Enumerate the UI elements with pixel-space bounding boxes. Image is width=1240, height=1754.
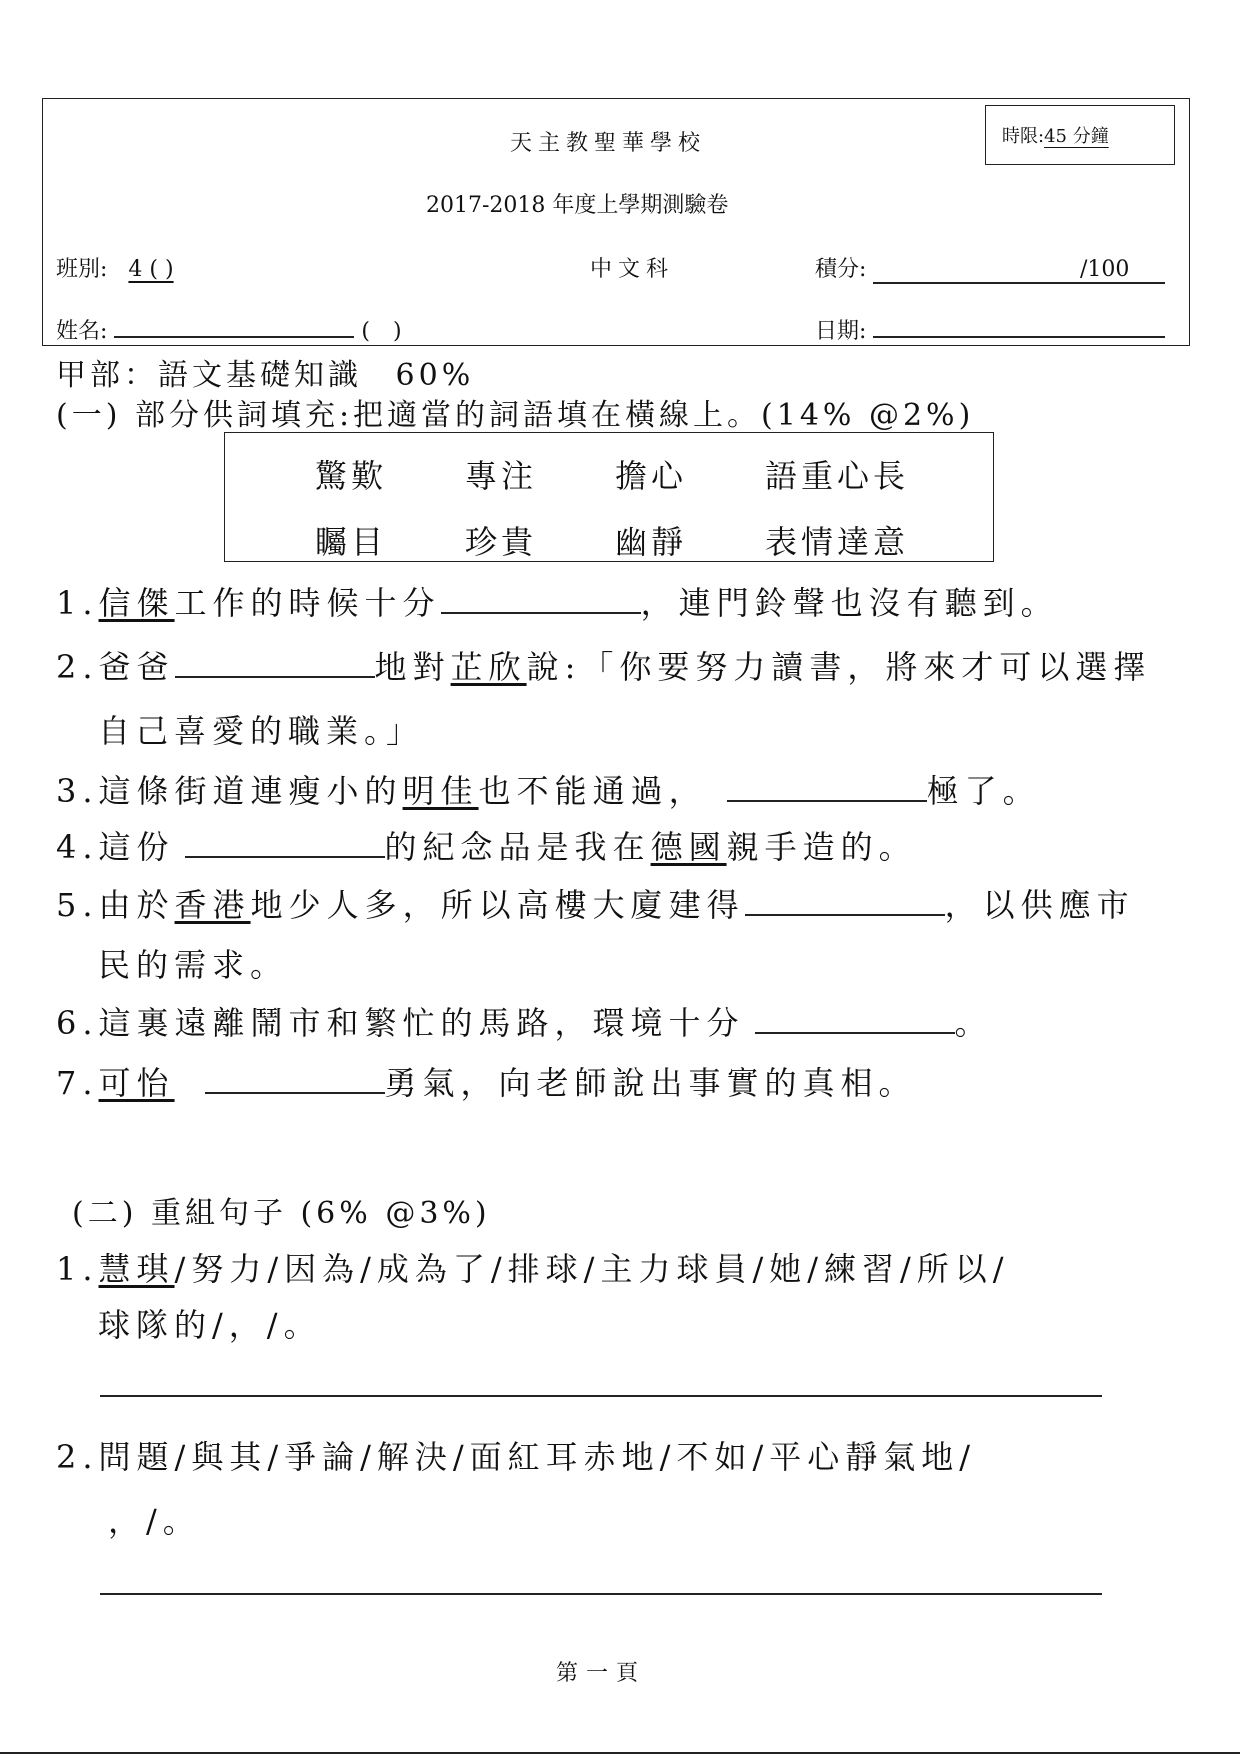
section-2-title: (二) 重組句子 (6% @3%) [72,1188,491,1232]
question-number: 5. [56,886,99,924]
score-label: 積分: [815,257,866,282]
question-text: 勇氣，向老師說出事實的真相。 [385,1064,917,1102]
time-limit-box: 時限: 45 分鐘 [985,105,1175,165]
name-label: 姓名: [56,319,107,344]
question-number: 3. [56,772,99,810]
reorder-question-2: 2.問題/與其/爭論/解決/面紅耳赤地/不如/平心靜氣地/ [56,1432,976,1478]
answer-blank[interactable] [205,1091,385,1094]
word-bank-item: 語重心長 [765,451,965,497]
proper-noun: 德國 [651,828,727,866]
part-a-title: 甲部：語文基礎知識 [56,358,362,393]
question-text: 親手造的。 [727,828,917,866]
word-bank-box: 驚歎 專注 擔心 語重心長 矚目 珍貴 幽靜 表情達意 [224,432,994,562]
part-a-weight: 60% [396,358,475,393]
name-blank[interactable] [114,335,354,338]
question-text: 爸爸 [99,648,175,686]
time-limit-value: 45 分鐘 [1044,122,1109,148]
question-text: 這份 [99,828,175,866]
question-text: 工作的時候十分 [175,584,441,622]
date-field[interactable]: 日期: [815,314,1165,345]
question-2-continued: 自己喜愛的職業。」 [98,706,424,752]
answer-blank[interactable] [727,799,927,802]
answer-line-2[interactable] [100,1593,1102,1595]
question-text: 這裏遠離鬧市和繁忙的馬路，環境十分 [99,1004,745,1042]
word-bank-item: 驚歎 [315,451,465,497]
reorder-question-2-continued: ，/。 [108,1496,201,1542]
proper-noun: 芷欣 [451,648,527,686]
question-number: 1. [56,584,99,622]
word-bank-item: 珍貴 [465,517,615,563]
proper-noun: 明佳 [403,772,479,810]
answer-blank[interactable] [175,675,375,678]
reorder-question-1: 1.慧琪/努力/因為/成為了/排球/主力球員/她/練習/所以/ [56,1244,1010,1290]
proper-noun: 信傑 [99,584,175,622]
class-value: 4 ( ) [114,257,177,282]
class-number-paren: ( ) [361,319,409,344]
score-total: /100 [873,257,1165,284]
exam-title: 2017-2018 年度上學期測驗卷 [426,188,728,219]
question-text: 問題/與其/爭論/解決/面紅耳赤地/不如/平心靜氣地/ [99,1438,976,1476]
word-bank-item: 幽靜 [615,517,765,563]
answer-blank[interactable] [745,913,945,916]
question-text: ，以供應市 [945,886,1135,924]
question-text: 也不能通過， [479,772,707,810]
answer-line-1[interactable] [100,1395,1102,1397]
question-5-continued: 民的需求。 [98,940,288,986]
reorder-question-1-continued: 球隊的/，/。 [98,1300,322,1346]
question-2: 2.爸爸地對芷欣說:「你要努力讀書，將來才可以選擇 [56,642,1151,688]
answer-blank[interactable] [441,611,641,614]
question-number: 1. [56,1250,99,1288]
date-label: 日期: [815,319,866,344]
class-label: 班別: [56,257,107,282]
word-bank-item: 專注 [465,451,615,497]
section-1-title: (一) 部分供詞填充:把適當的詞語填在橫線上。(14% @2%) [56,390,974,434]
subject-label: 中文科 [590,252,674,283]
time-limit-label: 時限: [1002,122,1044,148]
question-1: 1.信傑工作的時候十分，連門鈴聲也沒有聽到。 [56,578,1059,624]
question-text: 。 [955,1004,993,1042]
question-text: 說:「你要努力讀書，將來才可以選擇 [527,648,1152,686]
word-bank-item: 擔心 [615,451,765,497]
date-blank[interactable] [873,335,1165,338]
question-number: 2. [56,1438,99,1476]
question-5: 5.由於香港地少人多，所以高樓大廈建得，以供應市 [56,880,1135,926]
question-text: 的紀念品是我在 [385,828,651,866]
question-number: 4. [56,828,99,866]
question-text: /努力/因為/成為了/排球/主力球員/她/練習/所以/ [175,1250,1010,1288]
school-name: 天主教聖華學校 [510,126,706,157]
question-number: 7. [56,1064,99,1102]
question-3: 3.這條街道連瘦小的明佳也不能通過，極了。 [56,766,1041,812]
question-text: 地少人多，所以高樓大廈建得 [251,886,745,924]
answer-blank[interactable] [755,1031,955,1034]
page-number: 第一頁 [556,1656,646,1687]
word-bank-grid: 驚歎 專注 擔心 語重心長 矚目 珍貴 幽靜 表情達意 [315,451,965,563]
question-number: 6. [56,1004,99,1042]
question-text: ，連門鈴聲也沒有聽到。 [641,584,1059,622]
question-text: 極了。 [927,772,1041,810]
question-text: 這條街道連瘦小的 [99,772,403,810]
question-4: 4.這份的紀念品是我在德國親手造的。 [56,822,917,868]
proper-noun: 慧琪 [99,1250,175,1288]
name-field[interactable]: 姓名: ( ) [56,314,410,345]
question-7: 7.可怡勇氣，向老師說出事實的真相。 [56,1058,917,1104]
class-field[interactable]: 班別: 4 ( ) [56,252,178,283]
part-a-heading: 甲部：語文基礎知識 60% [56,350,474,394]
question-number: 2. [56,648,99,686]
word-bank-item: 矚目 [315,517,465,563]
word-bank-item: 表情達意 [765,517,965,563]
question-text: 由於 [99,886,175,924]
answer-blank[interactable] [185,855,385,858]
proper-noun: 可怡 [99,1064,175,1102]
question-text: 地對 [375,648,451,686]
proper-noun: 香港 [175,886,251,924]
question-6: 6.這裏遠離鬧市和繁忙的馬路，環境十分。 [56,998,993,1044]
score-field[interactable]: 積分: /100 [815,252,1165,284]
